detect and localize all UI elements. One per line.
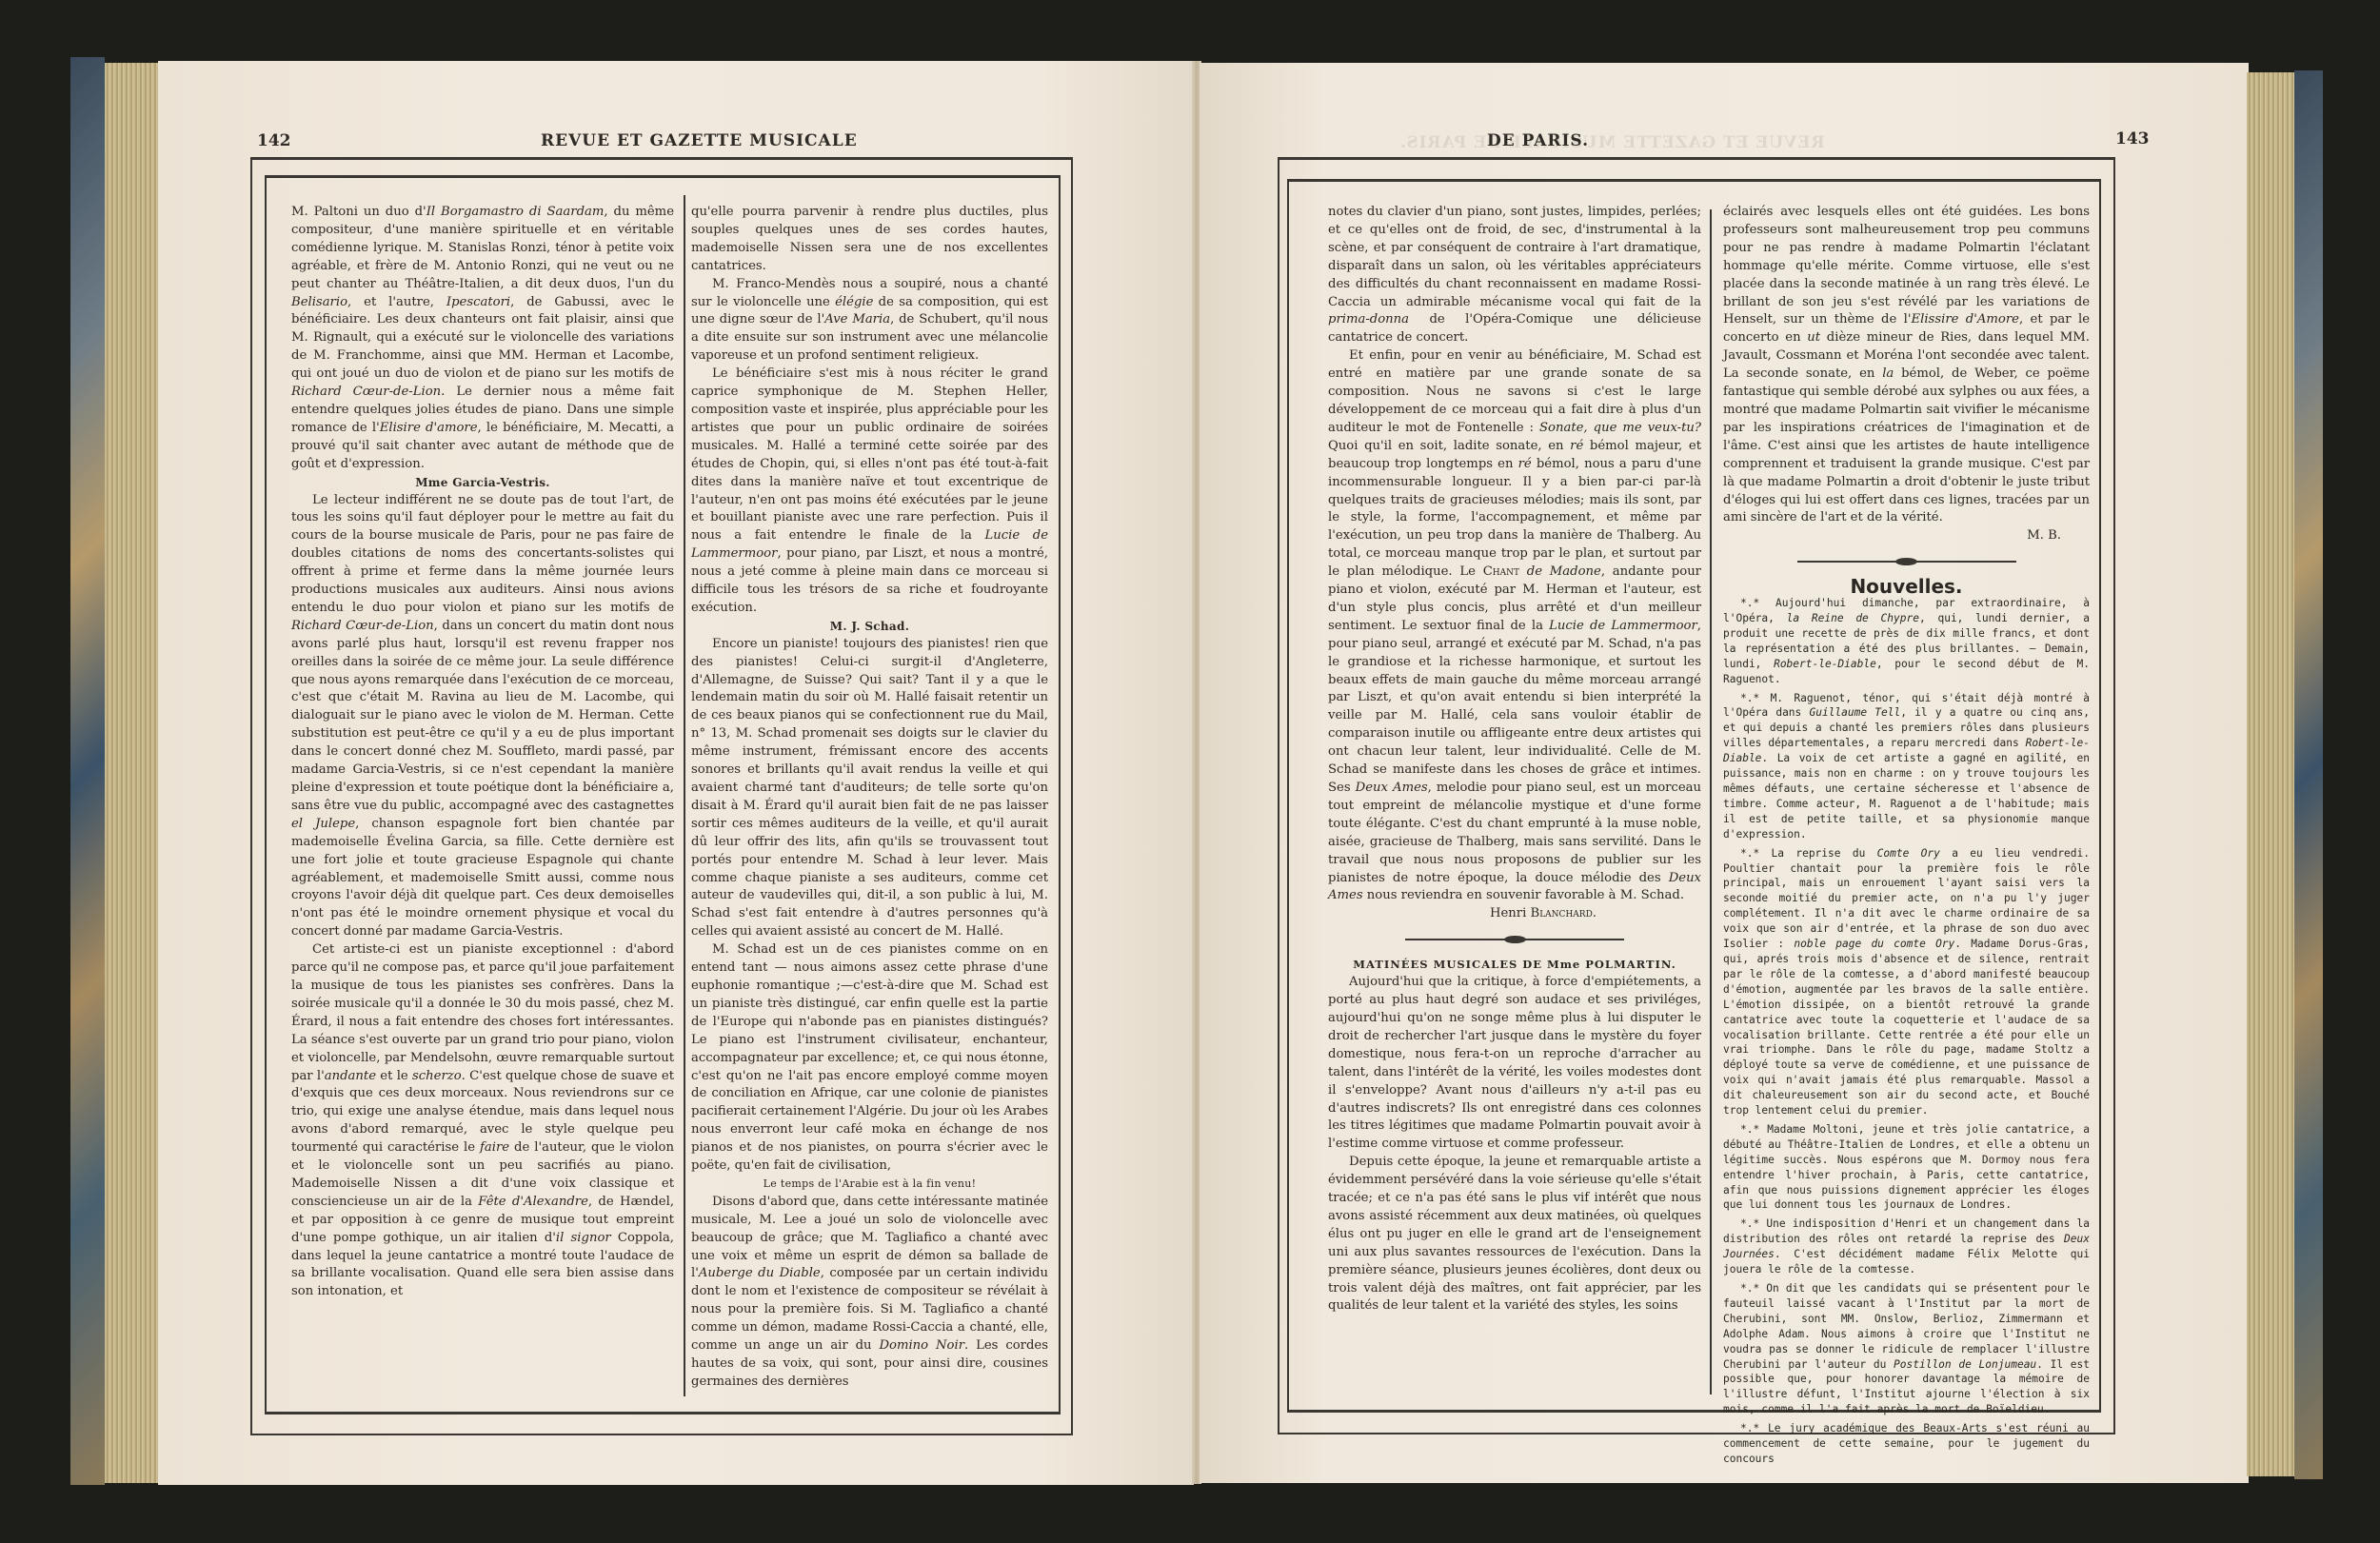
page-edges-right <box>2247 72 2296 1476</box>
news-item: *.* Une indisposition d'Henri et un chan… <box>1723 1217 2090 1277</box>
left-column-1: M. Paltoni un duo d'Il Borgamastro di Sa… <box>291 204 674 1301</box>
paragraph: Le lecteur indifférent ne se doute pas d… <box>291 492 674 942</box>
news-list: *.* Aujourd'hui dimanche, par extraordin… <box>1723 596 2090 1467</box>
ornament-divider <box>1797 557 2016 566</box>
paragraph: M. Franco-Mendès nous a soupiré, nous a … <box>691 276 1048 366</box>
paragraph: Cet artiste-ci est un pianiste exception… <box>291 941 674 1301</box>
right-column-2: éclairés avec lesquels elles ont été gui… <box>1723 204 2090 1471</box>
right-column-divider <box>1710 209 1712 1395</box>
news-item: *.* M. Raguenot, ténor, qui s'était déjà… <box>1723 691 2090 842</box>
section-heading-polmartin: MATINÉES MUSICALES DE Mme POLMARTIN. <box>1328 956 1701 974</box>
news-item: *.* Aujourd'hui dimanche, par extraordin… <box>1723 596 2090 686</box>
paragraph: M. Paltoni un duo d'Il Borgamastro di Sa… <box>291 204 674 474</box>
book-cover-left <box>70 57 105 1485</box>
paragraph: Depuis cette époque, la jeune et remarqu… <box>1328 1154 1701 1316</box>
paragraph: M. Schad est un de ces pianistes comme o… <box>691 941 1048 1176</box>
section-heading-garcia-vestris: Mme Garcia-Vestris. <box>291 474 674 492</box>
paragraph: notes du clavier d'un piano, sont justes… <box>1328 204 1701 347</box>
paragraph: Disons d'abord que, dans cette intéressa… <box>691 1194 1048 1392</box>
running-head-right: DE PARIS. <box>1487 131 1589 150</box>
news-item: *.* Le jury académique des Beaux-Arts s'… <box>1723 1421 2090 1467</box>
paragraph: qu'elle pourra parvenir à rendre plus du… <box>691 204 1048 276</box>
running-head-left: REVUE ET GAZETTE MUSICALE <box>541 131 858 150</box>
paragraph: Encore un pianiste! toujours des pianist… <box>691 636 1048 941</box>
bleed-through-text: REVUE ET GAZETTE MUSICALE DE PARIS. <box>1399 133 1825 152</box>
page-number-left: 142 <box>257 131 291 150</box>
right-column-1: notes du clavier d'un piano, sont justes… <box>1328 204 1701 1316</box>
paragraph: éclairés avec lesquels elles ont été gui… <box>1723 204 2090 527</box>
news-item: *.* La reprise du Comte Ory a eu lieu ve… <box>1723 846 2090 1118</box>
nouvelles-heading: Nouvelles. <box>1723 578 2090 596</box>
signature-mb: M. B. <box>1723 527 2090 545</box>
paragraph: Le bénéficiaire s'est mis à nous réciter… <box>691 366 1048 618</box>
signature-blanchard: Henri Blanchard. <box>1328 905 1701 923</box>
ornament-divider <box>1405 935 1624 944</box>
verse-quote: Le temps de l'Arabie est à la fin venu! <box>691 1176 1048 1194</box>
book-cover-right <box>2294 70 2323 1479</box>
left-column-divider <box>684 195 685 1396</box>
paragraph: Et enfin, pour en venir au bénéficiaire,… <box>1328 347 1701 905</box>
news-item: *.* Madame Moltoni, jeune et très jolie … <box>1723 1122 2090 1213</box>
page-edges-left <box>105 63 158 1483</box>
section-heading-schad: M. J. Schad. <box>691 618 1048 636</box>
paragraph: Aujourd'hui que la critique, à force d'e… <box>1328 974 1701 1154</box>
page-number-right: 143 <box>2115 129 2150 148</box>
news-item: *.* On dit que les candidats qui se prés… <box>1723 1281 2090 1417</box>
left-column-2: qu'elle pourra parvenir à rendre plus du… <box>691 204 1048 1392</box>
